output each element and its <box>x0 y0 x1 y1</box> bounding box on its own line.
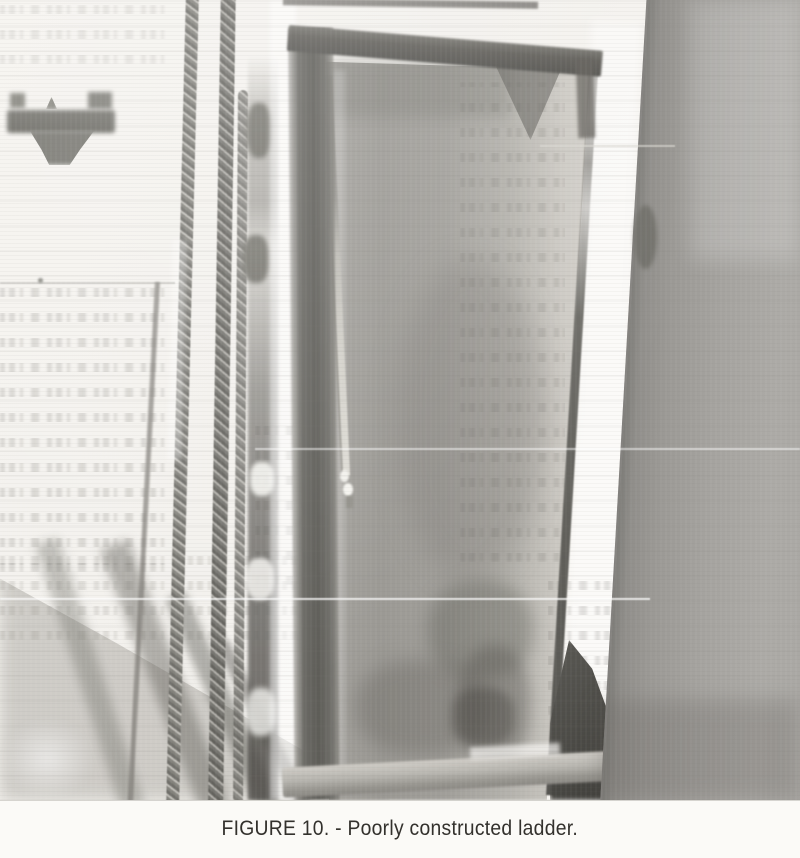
column-bottom-shade <box>600 700 800 800</box>
pipe-bracket-block <box>10 93 25 108</box>
figure-caption-text: FIGURE 10. - Poorly constructed ladder. <box>222 817 579 841</box>
ladder-left-rail <box>288 28 340 800</box>
rod-tip <box>340 470 349 482</box>
figure-caption: FIGURE 10. - Poorly constructed ladder. <box>0 800 800 858</box>
pipe-bracket-bar <box>7 110 115 133</box>
wire-rope-center <box>208 0 236 801</box>
rod-tip-end <box>346 496 353 508</box>
top-edge-bar <box>283 0 538 9</box>
pipe-bracket-body <box>30 131 94 165</box>
scratch-line <box>0 282 175 284</box>
panel-hole-shadow <box>452 688 514 746</box>
frame-corner-stub <box>576 58 596 139</box>
column-top-light <box>690 0 800 260</box>
figure-photograph <box>0 0 800 801</box>
bleed-through-text <box>0 4 170 64</box>
corner-highlight <box>0 718 95 800</box>
scanned-report-page: FIGURE 10. - Poorly constructed ladder. <box>0 0 800 858</box>
scratch-line <box>255 448 800 450</box>
scratch-line <box>540 145 675 147</box>
bleed-through-text <box>460 82 565 562</box>
pipe-bracket-block <box>46 97 57 109</box>
rod-tip <box>343 483 353 496</box>
scratch-line <box>0 598 650 600</box>
pipe-bracket-block <box>88 92 112 109</box>
knot-mark <box>634 205 657 269</box>
